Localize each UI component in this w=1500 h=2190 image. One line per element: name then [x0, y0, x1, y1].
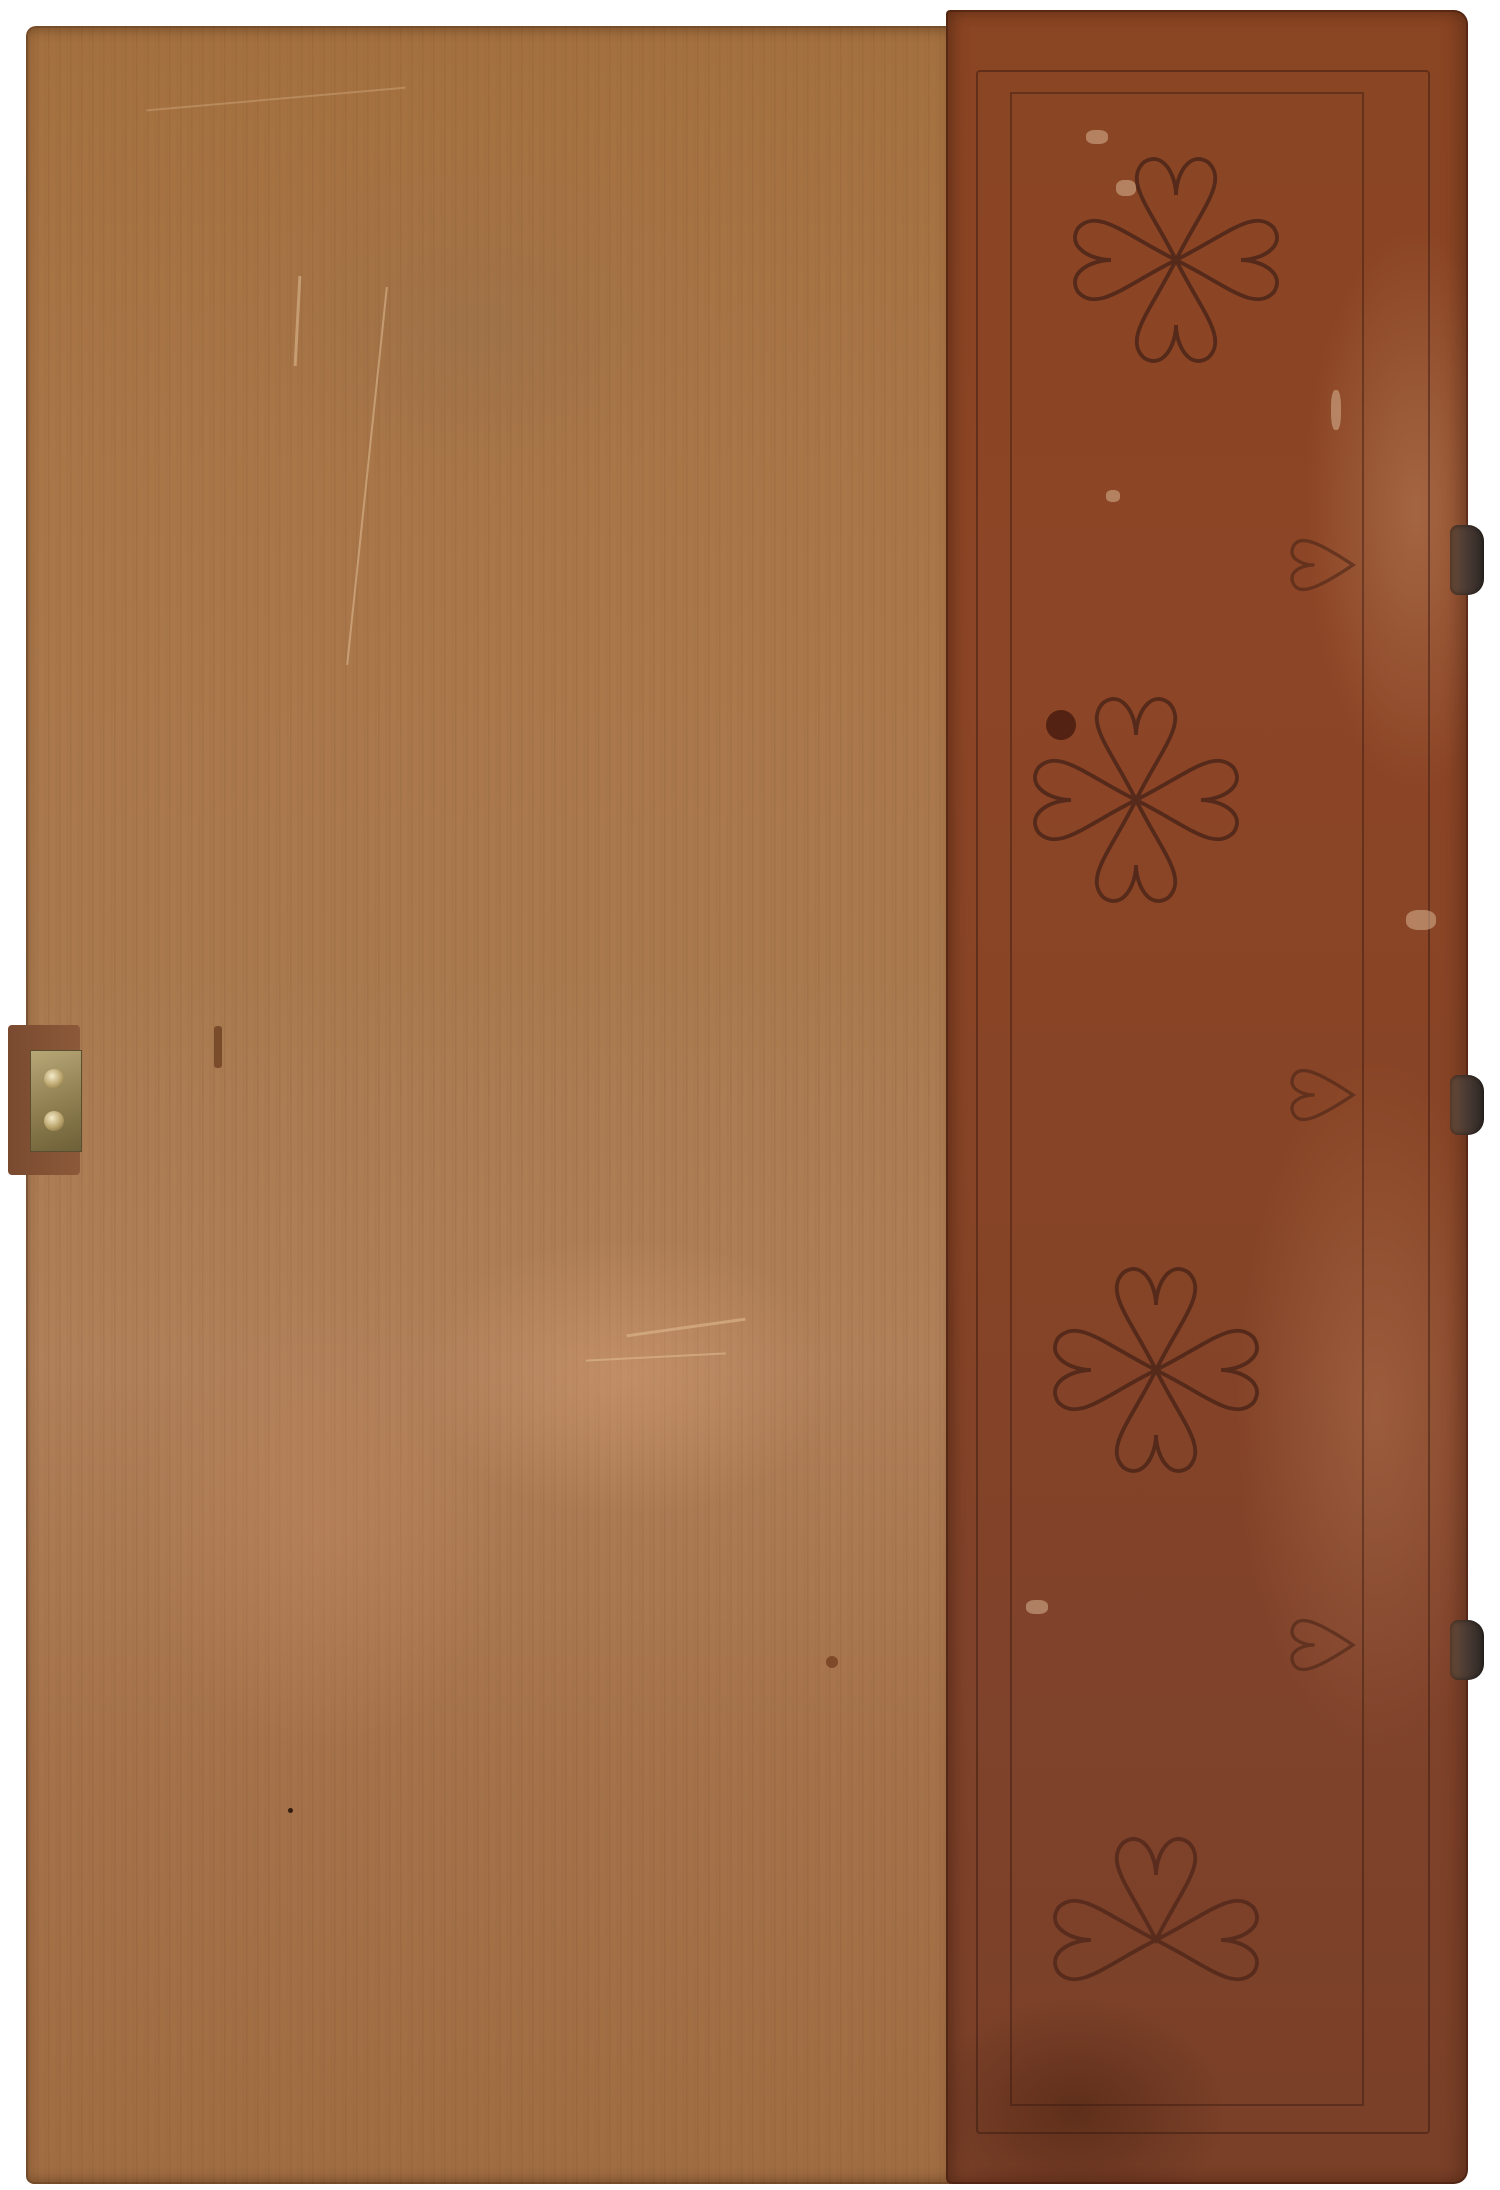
- spot: [826, 1656, 838, 1668]
- half-quatrefoil-icon: [1276, 1590, 1386, 1700]
- scratch-mark: [146, 87, 405, 112]
- raised-band-2: [1450, 1075, 1484, 1135]
- half-stamp-1: [1276, 510, 1386, 620]
- raised-band-3: [1450, 1620, 1484, 1680]
- clasp: [8, 1025, 80, 1175]
- half-stamp-3: [1276, 1590, 1386, 1700]
- wormhole: [288, 1808, 293, 1813]
- scratch-mark: [626, 1318, 745, 1338]
- leather-spine: [946, 10, 1468, 2184]
- scratch-mark: [294, 276, 302, 366]
- wooden-board: [26, 26, 951, 2184]
- abrasion: [1026, 1600, 1048, 1614]
- abrasion: [1406, 910, 1436, 930]
- abrasion: [1331, 390, 1341, 430]
- scratch-mark: [346, 287, 388, 665]
- raised-band-1: [1450, 525, 1484, 595]
- quatrefoil-stamp-4: [1026, 1810, 1286, 2070]
- rivet: [44, 1111, 64, 1131]
- rivet: [44, 1069, 64, 1089]
- abrasion: [1106, 490, 1120, 502]
- half-stamp-2: [1276, 1040, 1386, 1150]
- dark-stain: [214, 1026, 222, 1068]
- half-quatrefoil-icon: [1276, 1040, 1386, 1150]
- quatrefoil-stamp-1: [1046, 130, 1306, 390]
- quatrefoil-icon: [1006, 670, 1266, 930]
- quatrefoil-stamp-2: [1006, 670, 1266, 930]
- half-quatrefoil-icon: [1276, 510, 1386, 620]
- scratch-mark: [586, 1352, 726, 1361]
- quatrefoil-icon: [1026, 1240, 1286, 1500]
- brass-plate: [30, 1050, 82, 1152]
- quatrefoil-stamp-3: [1026, 1240, 1286, 1500]
- book-cover-photo: [0, 0, 1500, 2190]
- quatrefoil-icon: [1046, 130, 1306, 390]
- quatrefoil-icon: [1026, 1810, 1286, 2070]
